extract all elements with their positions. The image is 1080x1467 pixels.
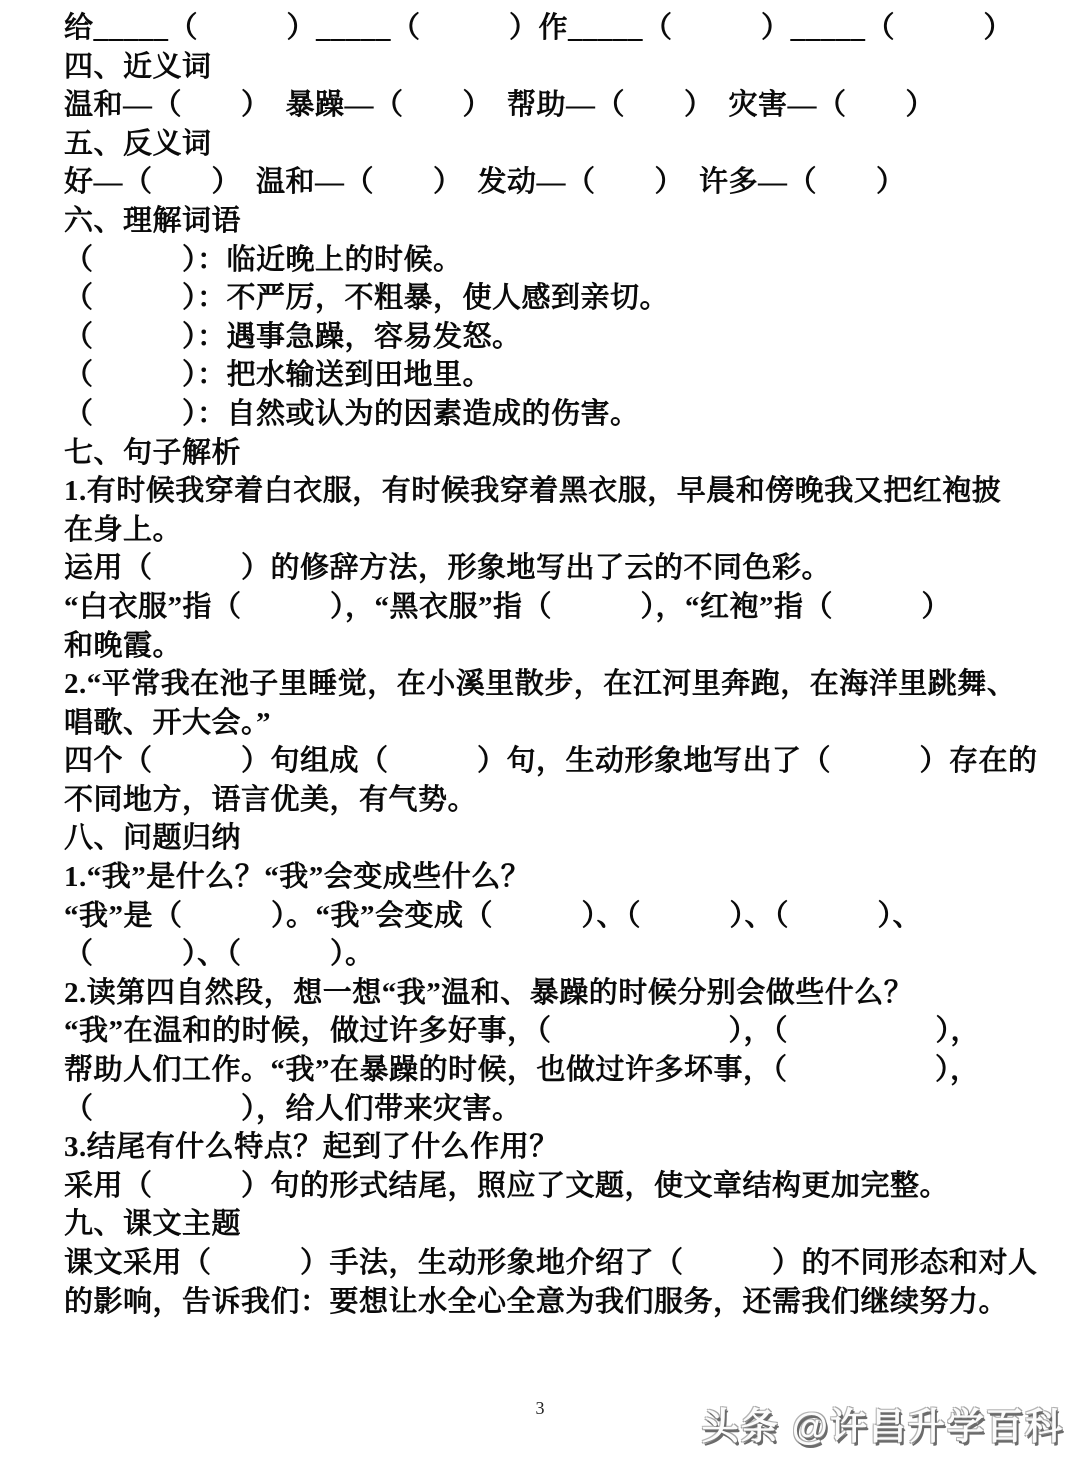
worksheet-body: 给_____（ ）_____（ ）作_____（ ）_____（ ）四、近义词温… [64, 9, 1026, 1321]
text-line: 四个（ ）句组成（ ）句，生动形象地写出了（ ）存在的 [64, 742, 1026, 781]
text-line: 五、反义词 [64, 125, 1026, 164]
text-line: “白衣服”指（ ），“黑衣服”指（ ），“红袍”指（ ） [64, 588, 1026, 627]
text-line: 采用（ ）句的形式结尾，照应了文题，使文章结构更加完整。 [64, 1167, 1026, 1206]
text-line: 1.有时候我穿着白衣服，有时候我穿着黑衣服，早晨和傍晚我又把红袍披 [64, 472, 1026, 511]
text-line: 在身上。 [64, 511, 1026, 550]
text-line: 帮助人们工作。“我”在暴躁的时候，也做过许多坏事，（ ）， [64, 1051, 1026, 1090]
text-line: （ ）：不严厉，不粗暴，使人感到亲切。 [64, 279, 1026, 318]
text-line: 给_____（ ）_____（ ）作_____（ ）_____（ ） [64, 9, 1026, 48]
text-line: 课文采用（ ）手法，生动形象地介绍了（ ）的不同形态和对人 [64, 1244, 1026, 1283]
text-line: 的影响，告诉我们：要想让水全心全意为我们服务，还需我们继续努力。 [64, 1283, 1026, 1322]
text-line: （ ）：临近晚上的时候。 [64, 241, 1026, 280]
text-line: 六、理解词语 [64, 202, 1026, 241]
text-line: （ ）、（ ）。 [64, 935, 1026, 974]
text-line: 2.“平常我在池子里睡觉，在小溪里散步，在江河里奔跑，在海洋里跳舞、 [64, 665, 1026, 704]
text-line: 唱歌、开大会。” [64, 704, 1026, 743]
text-line: （ ）：把水输送到田地里。 [64, 356, 1026, 395]
text-line: 九、课文主题 [64, 1205, 1026, 1244]
text-line: 2.读第四自然段，想一想“我”温和、暴躁的时候分别会做些什么？ [64, 974, 1026, 1013]
text-line: 运用（ ）的修辞方法，形象地写出了云的不同色彩。 [64, 549, 1026, 588]
text-line: “我”是（ ）。“我”会变成（ ）、（ ）、（ ）、 [64, 897, 1026, 936]
text-line: 不同地方，语言优美，有气势。 [64, 781, 1026, 820]
text-line: 七、句子解析 [64, 434, 1026, 473]
text-line: 和晚霞。 [64, 627, 1026, 666]
watermark-toutiao: 头条 @许昌升学百科 [702, 1396, 1064, 1450]
text-line: （ ）：自然或认为的因素造成的伤害。 [64, 395, 1026, 434]
text-line: 3.结尾有什么特点？起到了什么作用？ [64, 1128, 1026, 1167]
worksheet-page: 给_____（ ）_____（ ）作_____（ ）_____（ ）四、近义词温… [0, 0, 1080, 1467]
text-line: 四、近义词 [64, 48, 1026, 87]
text-line: 好—（ ） 温和—（ ） 发动—（ ） 许多—（ ） [64, 163, 1026, 202]
text-line: （ ），给人们带来灾害。 [64, 1090, 1026, 1129]
text-line: 1.“我”是什么？“我”会变成些什么？ [64, 858, 1026, 897]
text-line: 八、问题归纳 [64, 819, 1026, 858]
text-line: 温和—（ ） 暴躁—（ ） 帮助—（ ） 灾害—（ ） [64, 86, 1026, 125]
text-line: “我”在温和的时候，做过许多好事，（ ），（ ）， [64, 1012, 1026, 1051]
text-line: （ ）：遇事急躁，容易发怒。 [64, 318, 1026, 357]
